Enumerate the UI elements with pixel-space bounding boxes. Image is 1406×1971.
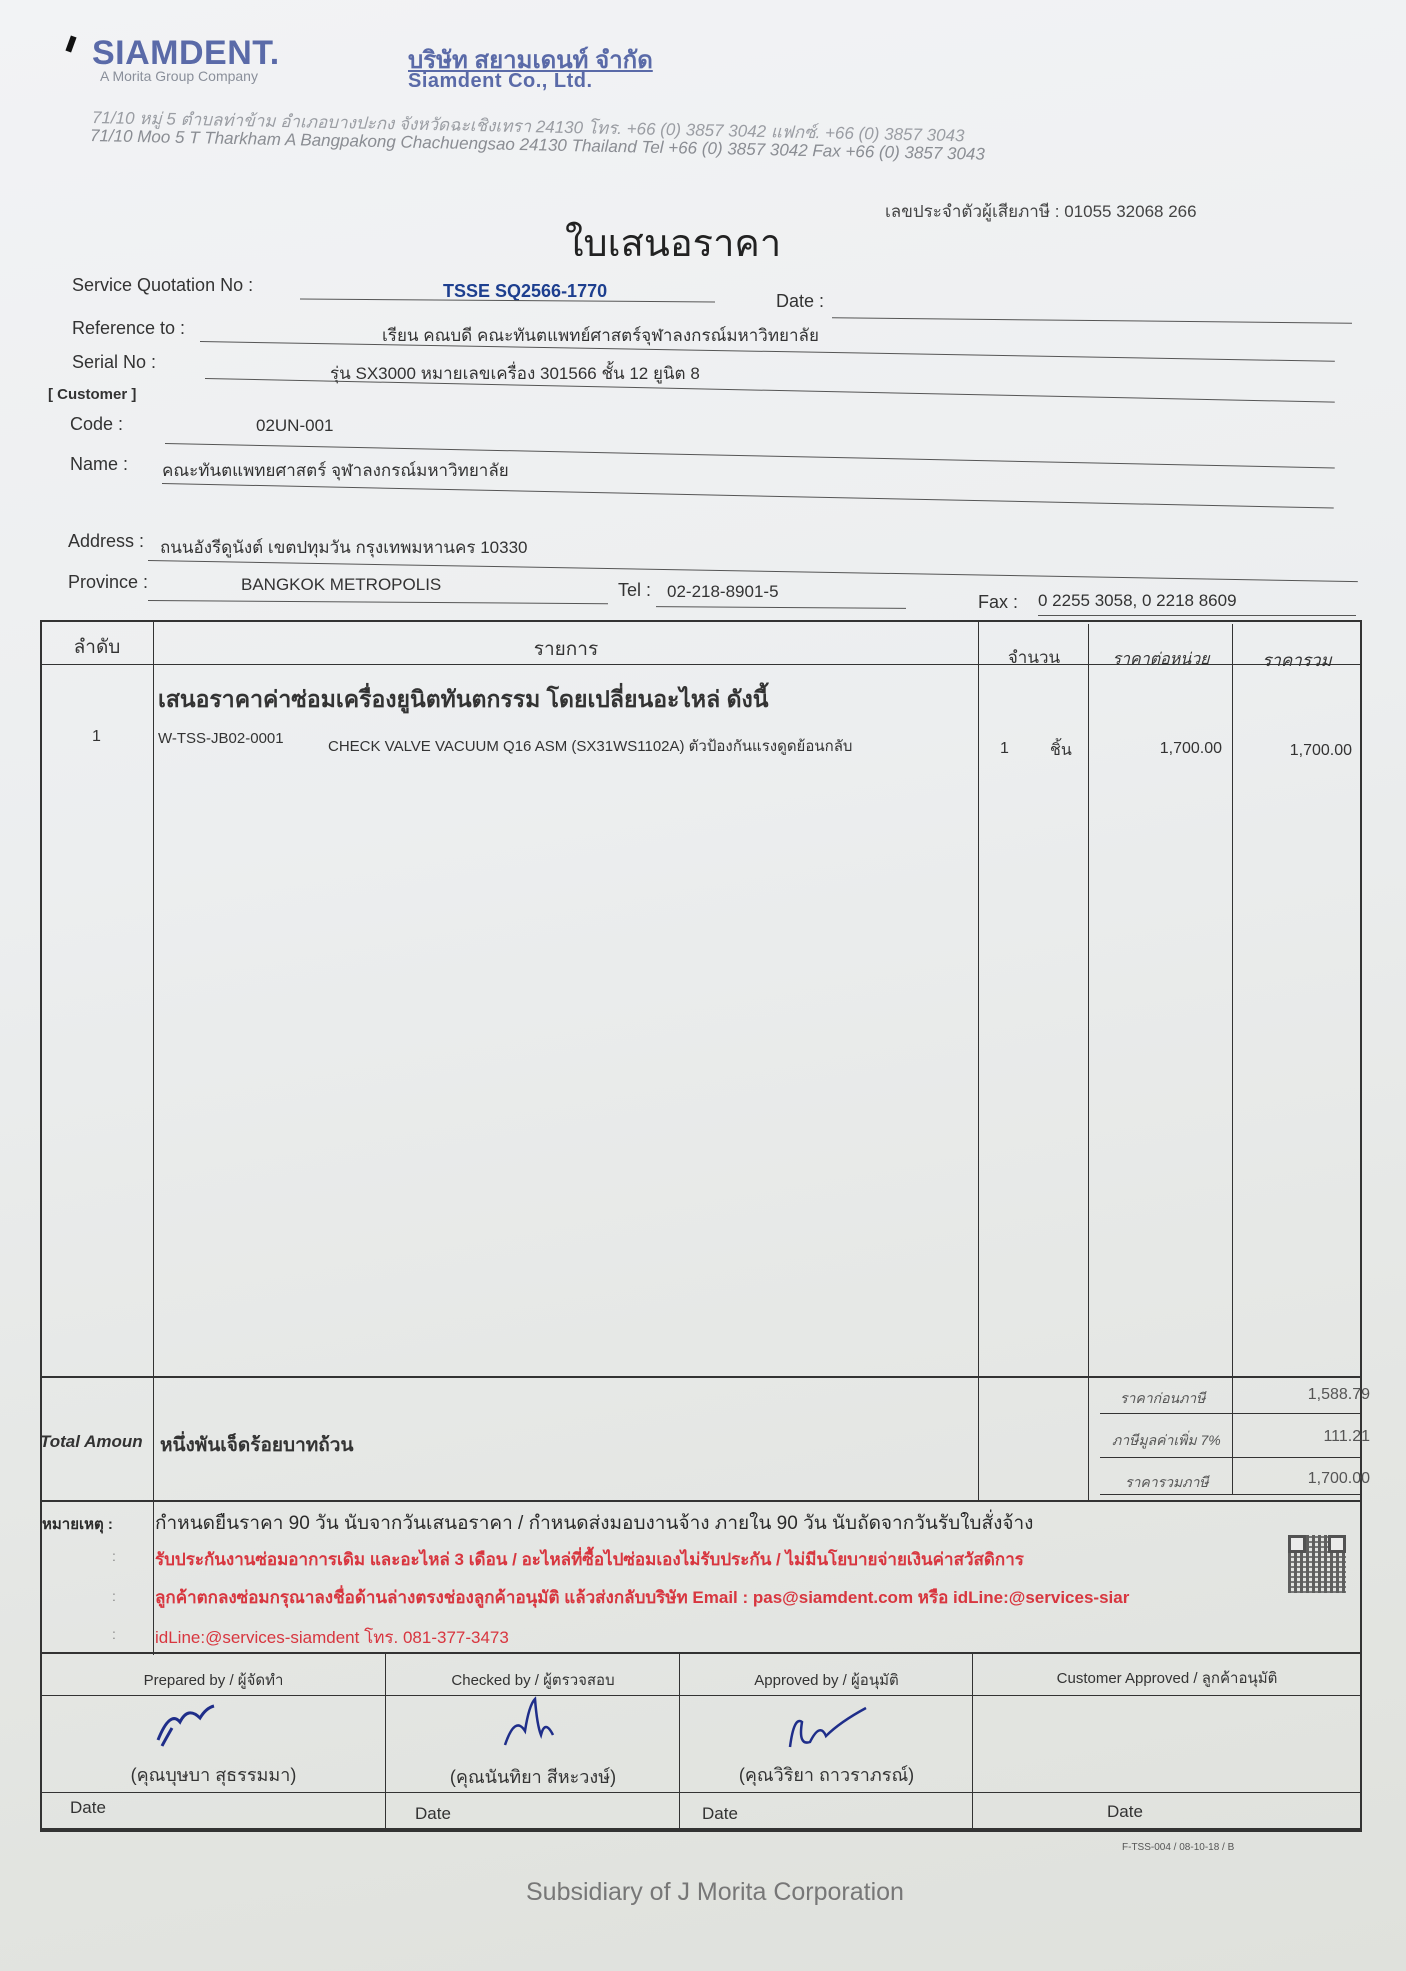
date-label: Date : xyxy=(776,291,824,312)
note-bullet-4: : xyxy=(112,1626,116,1642)
tel-line xyxy=(656,606,906,609)
sig-divider-2 xyxy=(679,1652,680,1832)
summary-divider-2 xyxy=(1100,1457,1362,1458)
note-bullet-3: : xyxy=(112,1588,116,1604)
checked-by-heading: Checked by / ผู้ตรวจสอบ xyxy=(387,1668,679,1692)
col-header-description: รายการ xyxy=(155,634,977,664)
summary-divider-3 xyxy=(1100,1494,1362,1495)
code-label: Code : xyxy=(70,414,123,435)
signature-approved xyxy=(780,1702,870,1752)
grand-total-value: 1,700.00 xyxy=(1245,1470,1370,1488)
col-header-no: ลำดับ xyxy=(42,632,152,662)
sig-divider-1 xyxy=(385,1652,386,1832)
subsidiary-text: Subsidiary of J Morita Corporation xyxy=(526,1878,904,1907)
address-label: Address : xyxy=(68,531,144,552)
col-divider-2 xyxy=(978,622,979,1502)
form-code: F-TSS-004 / 08-10-18 / B xyxy=(1122,1842,1234,1853)
quotation-no-label: Service Quotation No : xyxy=(72,275,253,296)
fax-label: Fax : xyxy=(978,592,1018,613)
col-divider-3 xyxy=(1088,624,1089,1502)
serial-label: Serial No : xyxy=(72,352,156,373)
prepared-by-heading: Prepared by / ผู้จัดทำ xyxy=(42,1668,385,1692)
vat-label: ภาษีมูลค่าเพิ่ม 7% xyxy=(1112,1430,1221,1452)
serial-line xyxy=(205,378,1335,403)
prepared-by-name: (คุณบุษบา สุธรรมมา) xyxy=(42,1760,385,1789)
sig-date-divider xyxy=(40,1792,1362,1793)
col-divider-4 xyxy=(1232,624,1233,1494)
col-header-total: ราคารวม xyxy=(1234,647,1360,674)
note-line-4: idLine:@services-siamdent โทร. 081-377-3… xyxy=(155,1624,509,1651)
row-total: 1,700.00 xyxy=(1240,742,1352,760)
tax-id: เลขประจำตัวผู้เสียภาษี : 01055 32068 266 xyxy=(885,198,1197,225)
total-amount-label: Total Amoun xyxy=(40,1432,143,1452)
row-unit-price: 1,700.00 xyxy=(1100,740,1222,758)
customer-section-label: [ Customer ] xyxy=(48,386,136,403)
staple-mark xyxy=(65,35,76,52)
customer-approved-heading: Customer Approved / ลูกค้าอนุมัติ xyxy=(974,1666,1360,1690)
note-line-2: รับประกันงานซ่อมอาการเดิม และอะไหล่ 3 เด… xyxy=(155,1546,1024,1573)
code-value: 02UN-001 xyxy=(256,416,334,436)
fax-line xyxy=(1038,615,1356,616)
grand-total-label: ราคารวมภาษี xyxy=(1125,1472,1209,1494)
document-title: ใบเสนอราคา xyxy=(565,212,781,273)
totals-divider xyxy=(40,1500,1362,1502)
customer-date-label: Date xyxy=(1107,1802,1143,1822)
sig-divider-3 xyxy=(972,1652,973,1832)
company-name-en: Siamdent Co., Ltd. xyxy=(408,70,593,93)
note-bullet-2: : xyxy=(112,1548,116,1564)
approved-date-label: Date xyxy=(702,1804,738,1824)
name-line xyxy=(162,483,1334,509)
serial-value: รุ่น SX3000 หมายเลขเครื่อง 301566 ชั้น 1… xyxy=(330,360,700,387)
tel-label: Tel : xyxy=(618,580,651,601)
note-line-3: ลูกค้าตกลงซ่อมกรุณาลงชื่อด้านล่างตรงช่อง… xyxy=(155,1584,1129,1611)
section-title: เสนอราคาค่าซ่อมเครื่องยูนิตทันตกรรม โดยเ… xyxy=(158,682,768,718)
col-header-unit-price: ราคาต่อหน่วย xyxy=(1090,647,1232,672)
notes-label: หมายเหตุ : xyxy=(42,1512,113,1536)
name-value: คณะทันตแพทยศาสตร์ จุฬาลงกรณ์มหาวิทยาลัย xyxy=(162,457,509,484)
row-no: 1 xyxy=(92,728,101,746)
tel-value: 02-218-8901-5 xyxy=(667,582,779,602)
name-label: Name : xyxy=(70,454,128,475)
province-value: BANGKOK METROPOLIS xyxy=(241,575,441,595)
sig-header-divider xyxy=(40,1695,1362,1696)
note-line-1: กำหนดยืนราคา 90 วัน นับจากวันเสนอราคา / … xyxy=(155,1508,1033,1538)
signature-checked xyxy=(495,1695,565,1755)
row-qty: 1 xyxy=(1000,740,1009,758)
vat-value: 111.21 xyxy=(1245,1428,1370,1446)
checked-by-name: (คุณนันทิยา สีหะวงษ์) xyxy=(387,1762,679,1791)
body-divider xyxy=(40,1376,1362,1378)
qr-code-icon xyxy=(1288,1535,1346,1593)
logo-tagline: A Morita Group Company xyxy=(100,68,258,84)
province-label: Province : xyxy=(68,572,148,593)
row-description: CHECK VALVE VACUUM Q16 ASM (SX31WS1102A)… xyxy=(328,734,852,758)
checked-date-label: Date xyxy=(415,1804,451,1824)
prepared-date-label: Date xyxy=(70,1798,106,1818)
signature-prepared xyxy=(150,1700,220,1750)
approved-by-name: (คุณวิริยา ถาวราภรณ์) xyxy=(681,1760,972,1789)
row-part-code: W-TSS-JB02-0001 xyxy=(158,730,284,747)
total-amount-words: หนึ่งพันเจ็ดร้อยบาทถ้วน xyxy=(160,1430,353,1460)
province-line xyxy=(148,600,608,604)
date-line xyxy=(832,317,1352,323)
summary-divider-1 xyxy=(1100,1413,1362,1414)
col-header-qty: จำนวน xyxy=(980,644,1088,671)
subtotal-value: 1,588.79 xyxy=(1245,1386,1370,1404)
reference-label: Reference to : xyxy=(72,318,185,339)
approved-by-heading: Approved by / ผู้อนุมัติ xyxy=(681,1668,972,1692)
row-unit: ชิ้น xyxy=(1050,738,1072,763)
address-value: ถนนอังรีดูนังต์ เขตปทุมวัน กรุงเทพมหานคร… xyxy=(160,534,528,561)
fax-value: 0 2255 3058, 0 2218 8609 xyxy=(1038,591,1237,611)
subtotal-label: ราคาก่อนภาษี xyxy=(1120,1388,1205,1410)
